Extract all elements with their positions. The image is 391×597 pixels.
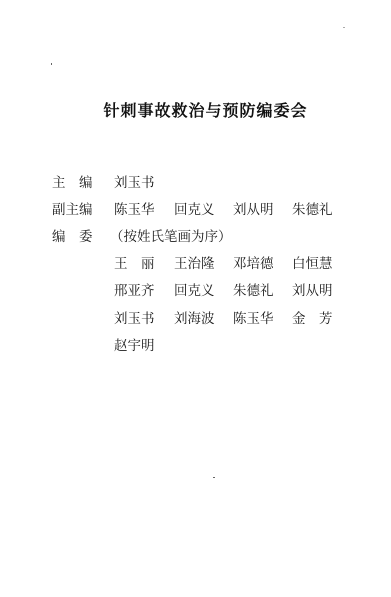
committee-member: 邢亚齐	[114, 281, 155, 301]
committee-label: 编 委	[52, 227, 108, 247]
scan-speck	[343, 27, 345, 28]
committee-member: 邓培德	[233, 254, 274, 274]
committee-member: 赵宇明	[114, 336, 155, 356]
committee-member: 刘海波	[174, 309, 215, 329]
scan-speck	[51, 63, 52, 65]
chief-editor-name: 刘玉书	[114, 173, 155, 193]
committee-member: 回克义	[174, 281, 215, 301]
deputy-editor-name: 陈玉华	[114, 200, 155, 220]
scan-speck	[213, 477, 215, 478]
deputy-editors-label: 副主编	[52, 200, 108, 220]
committee-member: 刘从明	[292, 281, 333, 301]
committee-member: 金 芳	[292, 309, 333, 329]
committee-member: 王治隆	[174, 254, 215, 274]
deputy-editor-name: 刘从明	[233, 200, 274, 220]
deputy-editor-name: 回克义	[174, 200, 215, 220]
chief-editor-label: 主 编	[52, 173, 108, 193]
committee-member: 白恒慧	[292, 254, 333, 274]
committee-member: 王 丽	[114, 254, 155, 274]
deputy-editor-name: 朱德礼	[292, 200, 333, 220]
committee-member: 陈玉华	[233, 309, 274, 329]
committee-member: 刘玉书	[114, 309, 155, 329]
committee-member: 朱德礼	[233, 281, 274, 301]
committee-ordering-note: （按姓氏笔画为序）	[110, 227, 232, 247]
page-title: 针刺事故救治与预防编委会	[0, 98, 391, 121]
